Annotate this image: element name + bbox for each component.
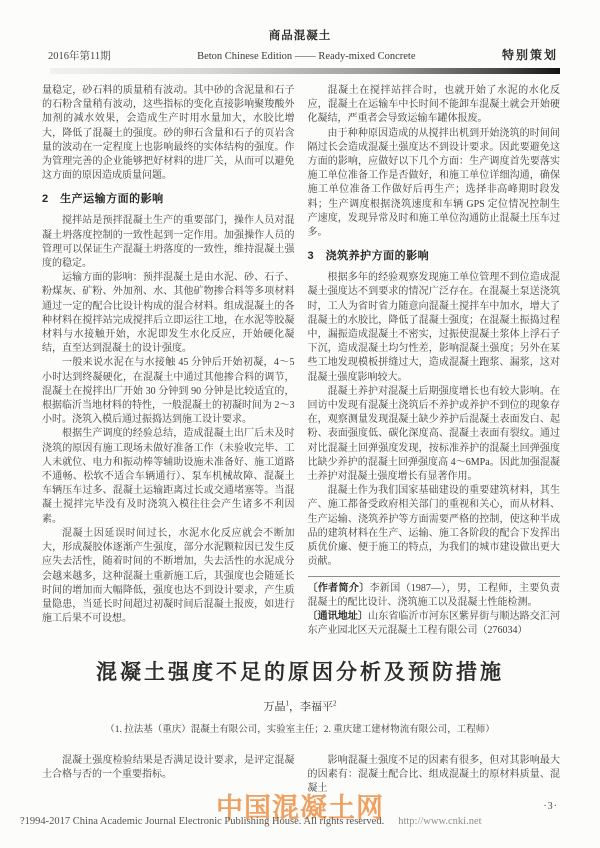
divider	[308, 576, 561, 577]
journal-title-cn: 商品混凝土	[0, 30, 600, 43]
contact-address-note: 〔通讯地址〕山东省临沂市河东区紫昇街与顺达路交汇河东产业园北区天元混凝土工程有限…	[308, 610, 561, 637]
paragraph: 混凝土强度检验结果是否满足设计要求，是评定混凝土合格与否的一个重要指标。	[42, 754, 295, 782]
author-name: 万晶	[264, 701, 286, 713]
issue-label: 2016年第11期	[48, 48, 111, 63]
section-label: 特别策划	[502, 46, 558, 63]
paragraph: 混凝土作为我们国家基础建设的重要建筑材料，其生产、施工都备受政府相关部门的重视和…	[308, 484, 561, 569]
paragraph: 运输方面的影响：预拌混凝土是由水泥、砂、石子、粉煤灰、矿粉、外加剂、水、其他矿物…	[42, 271, 295, 356]
paragraph: 量稳定，砂石料的质量稍有波动。其中砂的含泥量和石子的石粉含量稍有波动，这些指标的…	[42, 84, 295, 183]
copyright-text: ?1994-2017 China Academic Journal Electr…	[20, 816, 384, 827]
paragraph: 搅拌站是预拌混凝土生产的重要部门，操作人员对混凝土坍落度控制的一致性起到一定作用…	[42, 214, 295, 271]
author-bio-note: 〔作者简介〕李新国（1987—），男，工程师，主要负责混凝土的配比设计、浇筑施工…	[308, 582, 561, 610]
journal-header: 商品混凝土 2016年第11期 Beton Chinese Edition ——…	[0, 0, 600, 74]
paragraph: 根据生产调度的经验总结，造成混凝土出厂后未及时浇筑的原因有施工现场未做好准备工作…	[42, 427, 295, 526]
page-number: ·3·	[543, 801, 558, 812]
author-superscript: 2	[333, 699, 337, 707]
article2-title: 混凝土强度不足的原因分析及预防措施	[0, 661, 600, 685]
article2-authors: 万晶1，李福平2	[0, 698, 600, 714]
article2-affiliation: （1. 拉法基（重庆）混凝土有限公司，实验室主任；2. 重庆建工建材物流有限公司…	[0, 721, 600, 735]
section-heading-2: 2 生产运输方面的影响	[42, 192, 295, 206]
journal-title-en: Beton Chinese Edition —— Ready-mixed Con…	[111, 51, 502, 62]
header-row: 2016年第11期 Beton Chinese Edition —— Ready…	[48, 46, 558, 63]
paragraph: 混凝土养护对混凝土后期强度增长也有较大影响。在回访中发现有混凝土浇筑后不养护或养…	[308, 385, 561, 484]
header-gradient-bar	[50, 68, 560, 74]
paragraph: 影响混凝土强度不足的因素有很多，但对其影响最大的因素有：混凝土配合比、组成混凝土…	[308, 754, 561, 796]
paragraph: 由于种种原因造成的从搅拌出机到开始浇筑的时间间隔过长会造成混凝土强度达不到设计要…	[308, 127, 561, 241]
contact-address-label: 〔通讯地址〕	[308, 611, 369, 622]
cnki-url: http://www.cnki.net	[398, 816, 481, 827]
article1-left-column: 量稳定，砂石料的质量稍有波动。其中砂的含泥量和石子的石粉含量稍有波动，这些指标的…	[42, 84, 295, 637]
paragraph: 混凝土在搅拌站拌合时，也就开始了水泥的水化反应，混凝土在运输车中长时间不能卸车混…	[308, 84, 561, 127]
paragraph: 混凝土因延误时间过长，水泥水化反应就会不断加大，形成凝胶体逐渐产生强度，部分水泥…	[42, 527, 295, 626]
article2-columns: 混凝土强度检验结果是否满足设计要求，是评定混凝土合格与否的一个重要指标。 影响混…	[42, 754, 560, 796]
copyright-line: ?1994-2017 China Academic Journal Electr…	[20, 816, 482, 827]
article1-right-column: 混凝土在搅拌站拌合时，也就开始了水泥的水化反应，混凝土在运输车中长时间不能卸车混…	[308, 84, 561, 637]
author-bio-label: 〔作者简介〕	[308, 583, 370, 594]
author-separator: ，	[289, 701, 300, 713]
journal-page: 商品混凝土 2016年第11期 Beton Chinese Edition ——…	[0, 0, 600, 848]
author-name: 李福平	[300, 701, 333, 713]
paragraph: 一般来说水泥在与水接触 45 分钟后开始初凝，4～5 小时达到终凝硬化，在混凝土…	[42, 356, 295, 427]
paragraph: 根据多年的经验观察发现施工单位管理不到位造成混凝土强度达不到要求的情况广泛存在。…	[308, 271, 561, 385]
article1-columns: 量稳定，砂石料的质量稍有波动。其中砂的含泥量和石子的石粉含量稍有波动，这些指标的…	[42, 84, 560, 637]
article2-right-column: 影响混凝土强度不足的因素有很多，但对其影响最大的因素有：混凝土配合比、组成混凝土…	[308, 754, 561, 796]
article2-left-column: 混凝土强度检验结果是否满足设计要求，是评定混凝土合格与否的一个重要指标。	[42, 754, 295, 796]
section-heading-3: 3 浇筑养护方面的影响	[308, 249, 561, 263]
